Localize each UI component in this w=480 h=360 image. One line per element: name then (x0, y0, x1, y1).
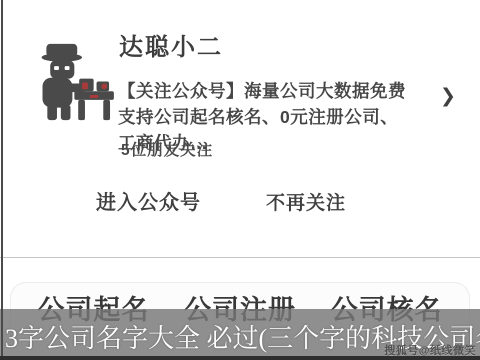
chevron-right-icon[interactable]: ❯ (440, 85, 456, 108)
cartoon-clerk-avatar-icon (24, 111, 116, 128)
bottom-edge-line (0, 356, 480, 360)
section-divider (0, 257, 480, 258)
unfollow-button[interactable]: 不再关注 (266, 188, 346, 215)
enter-account-button[interactable]: 进入公众号 (96, 186, 201, 215)
followers-note: 5位朋友关注 (121, 138, 213, 160)
screenshot-stage: 达聪小二 【关注公众号】海量公司大数据免费支持公司起名核名、0元注册公司、工商代… (0, 0, 480, 360)
left-edge-line (1, 0, 3, 360)
account-title: 达聪小二 (119, 27, 223, 62)
official-account-avatar[interactable] (24, 42, 116, 124)
